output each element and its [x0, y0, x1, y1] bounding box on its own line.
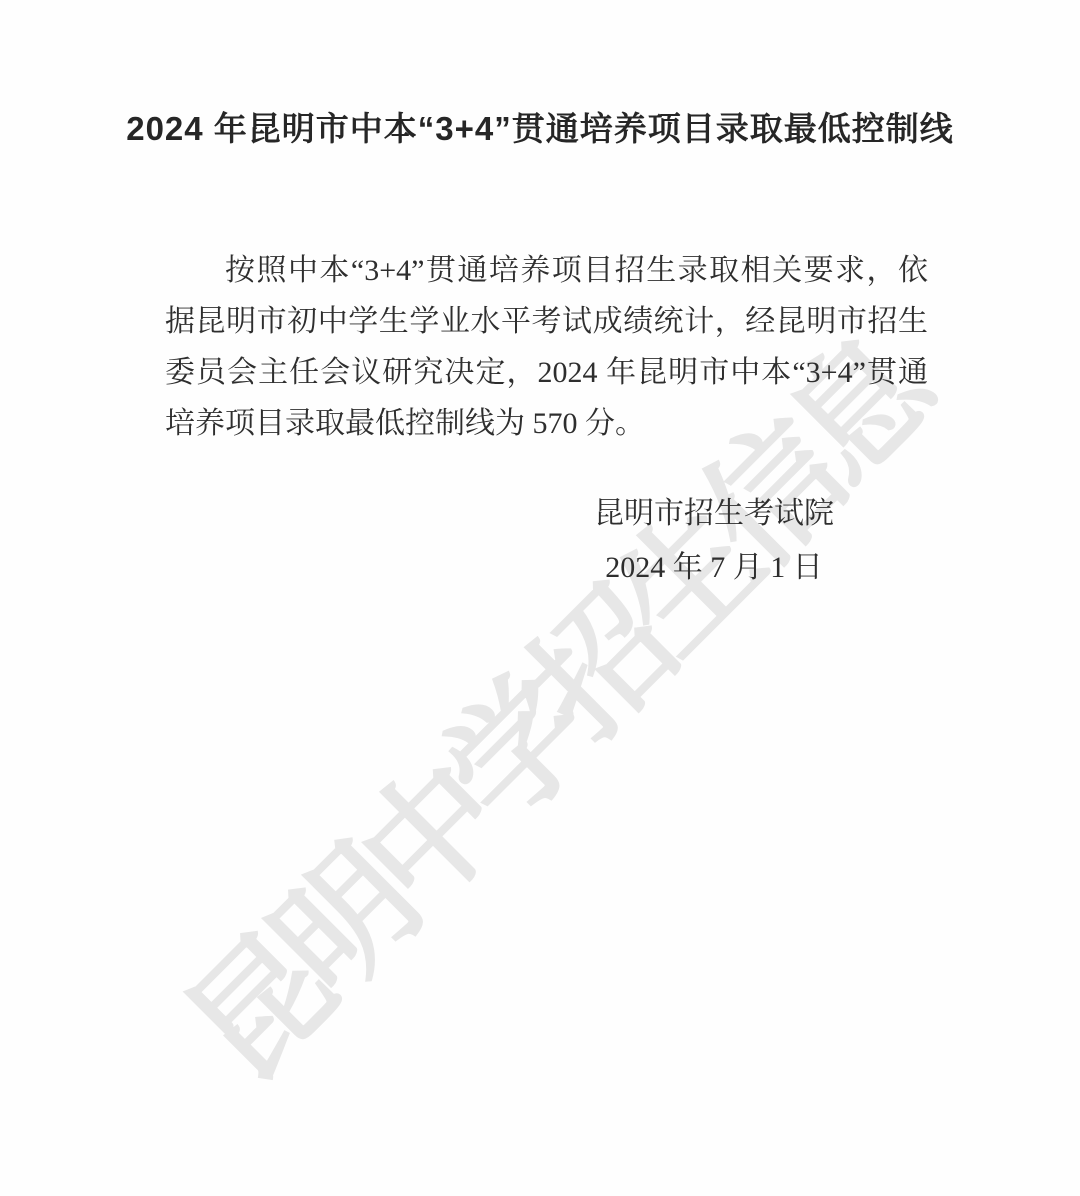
signature-date: 2024 年 7 月 1 日 [564, 541, 864, 595]
body-paragraph: 按照中本“3+4”贯通培养项目招生录取相关要求，依据昆明市初中学生学业水平考试成… [165, 245, 928, 449]
document-page: 昆明中学招生信息 2024 年昆明市中本“3+4”贯通培养项目录取最低控制线 按… [0, 0, 1080, 1196]
signature-issuer: 昆明市招生考试院 [564, 487, 864, 541]
document-title: 2024 年昆明市中本“3+4”贯通培养项目录取最低控制线 [0, 103, 1080, 150]
signature-block: 昆明市招生考试院 2024 年 7 月 1 日 [564, 487, 864, 595]
document-content: 2024 年昆明市中本“3+4”贯通培养项目录取最低控制线 按照中本“3+4”贯… [0, 103, 1080, 595]
